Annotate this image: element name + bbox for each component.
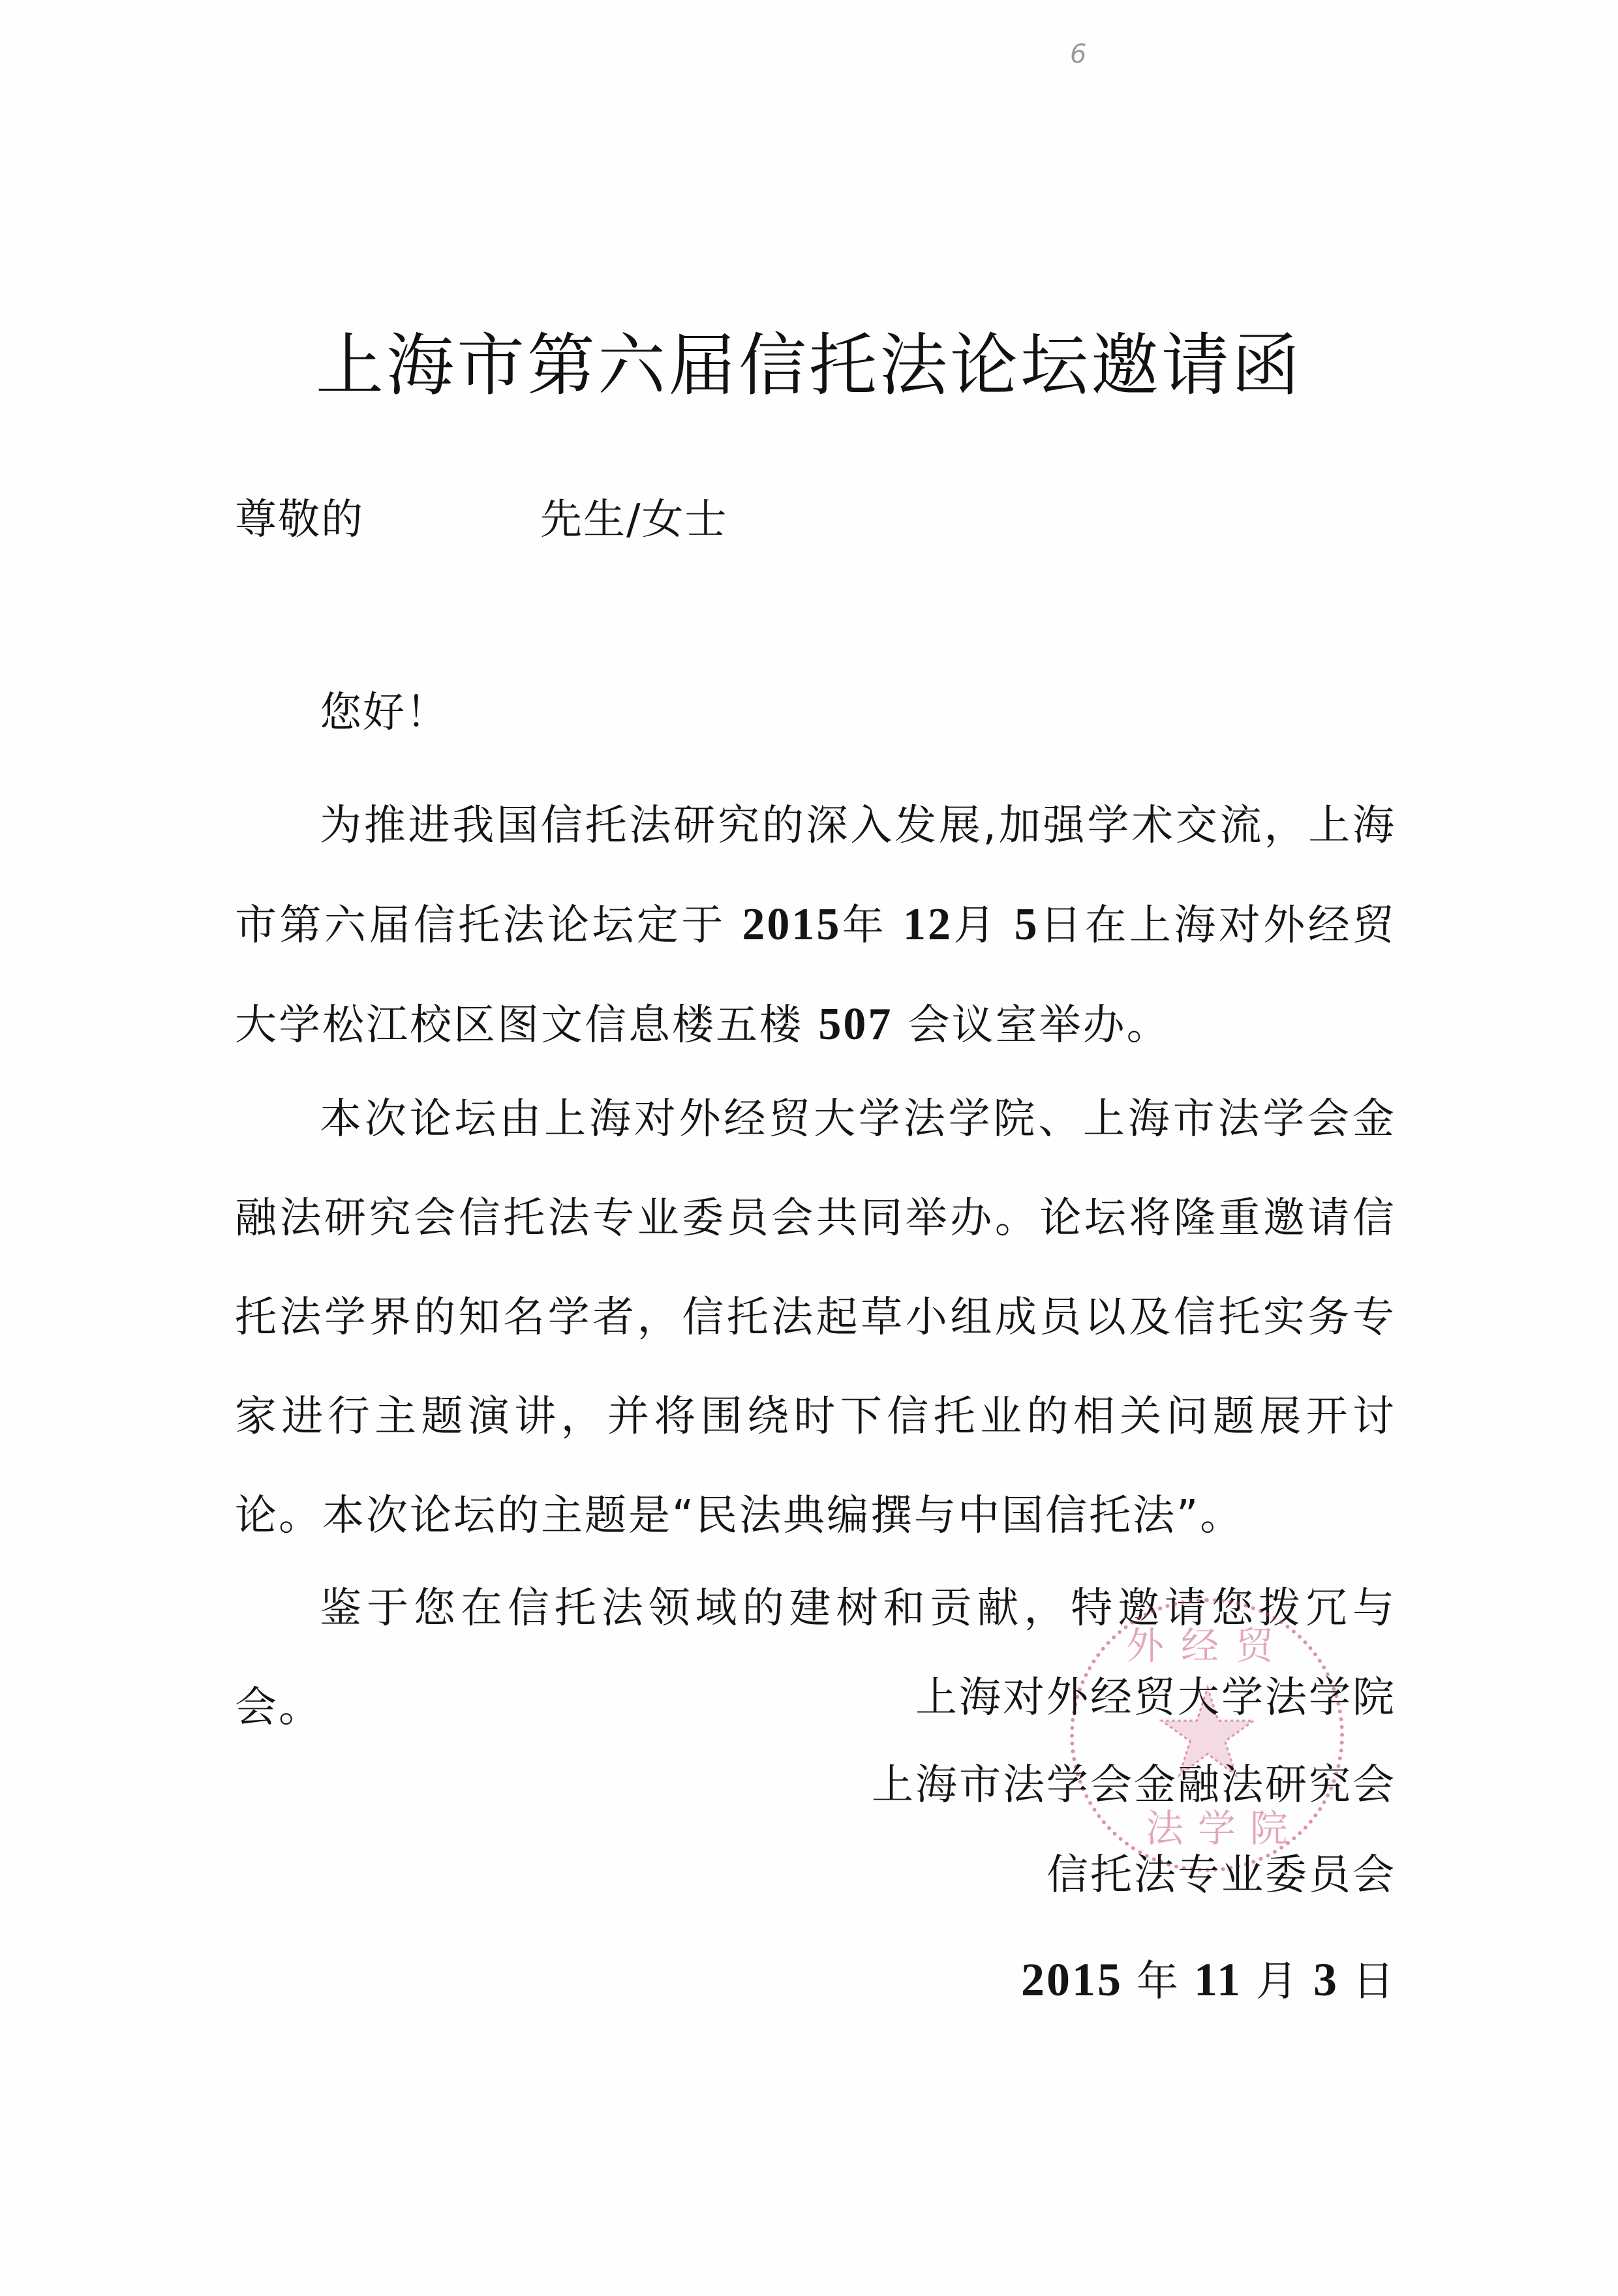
date-year-unit: 年 xyxy=(1137,1957,1180,2006)
greeting: 您好！ xyxy=(320,684,449,742)
invitation-letter-page: 6 上海市第六届信托法论坛邀请函 尊敬的先生/女士 您好！ 为推进我国信托法研究… xyxy=(0,0,1618,2296)
event-day: 5 xyxy=(1015,899,1039,950)
official-seal-stamp: 外经贸 法学院 xyxy=(1070,1598,1344,1872)
letter-title: 上海市第六届信托法论坛邀请函 xyxy=(0,320,1618,411)
salutation-prefix: 尊敬的 xyxy=(235,496,364,544)
stamp-top-text: 外经贸 xyxy=(1126,1615,1290,1670)
signature-org-trust-law-committee: 信托法专业委员会 xyxy=(1046,1846,1396,1905)
date-month-unit: 月 xyxy=(1256,1957,1300,2006)
event-month: 12 xyxy=(903,899,953,950)
signature-org-finance-law-society: 上海市法学会金融法研究会 xyxy=(872,1756,1396,1815)
date-day-unit: 日 xyxy=(1352,1957,1396,2006)
date-year: 2015 xyxy=(1021,1954,1123,2006)
salutation: 尊敬的先生/女士 xyxy=(235,491,728,549)
event-room-number: 507 xyxy=(818,999,893,1050)
handwritten-page-number: 6 xyxy=(1070,39,1086,69)
signature-org-law-school: 上海对外经贸大学法学院 xyxy=(915,1669,1396,1727)
event-year: 2015 xyxy=(742,899,841,950)
signature-date: 2015 年 11 月 3 日 xyxy=(1021,1950,1396,2011)
event-room-text: 会议室举办。 xyxy=(908,1001,1170,1050)
event-year-unit: 年 xyxy=(841,901,887,950)
date-month: 11 xyxy=(1194,1954,1242,2006)
salutation-suffix: 先生/女士 xyxy=(540,496,728,544)
date-day: 3 xyxy=(1313,1954,1339,2006)
paragraph-organizers-and-theme: 本次论坛由上海对外经贸大学法学院、上海市法学会金融法研究会信托法专业委员会共同举… xyxy=(235,1070,1396,1565)
paragraph-event-details: 为推进我国信托法研究的深入发展,加强学术交流，上海市第六届信托法论坛定于 201… xyxy=(235,776,1396,1075)
event-month-unit: 月 xyxy=(953,901,998,950)
